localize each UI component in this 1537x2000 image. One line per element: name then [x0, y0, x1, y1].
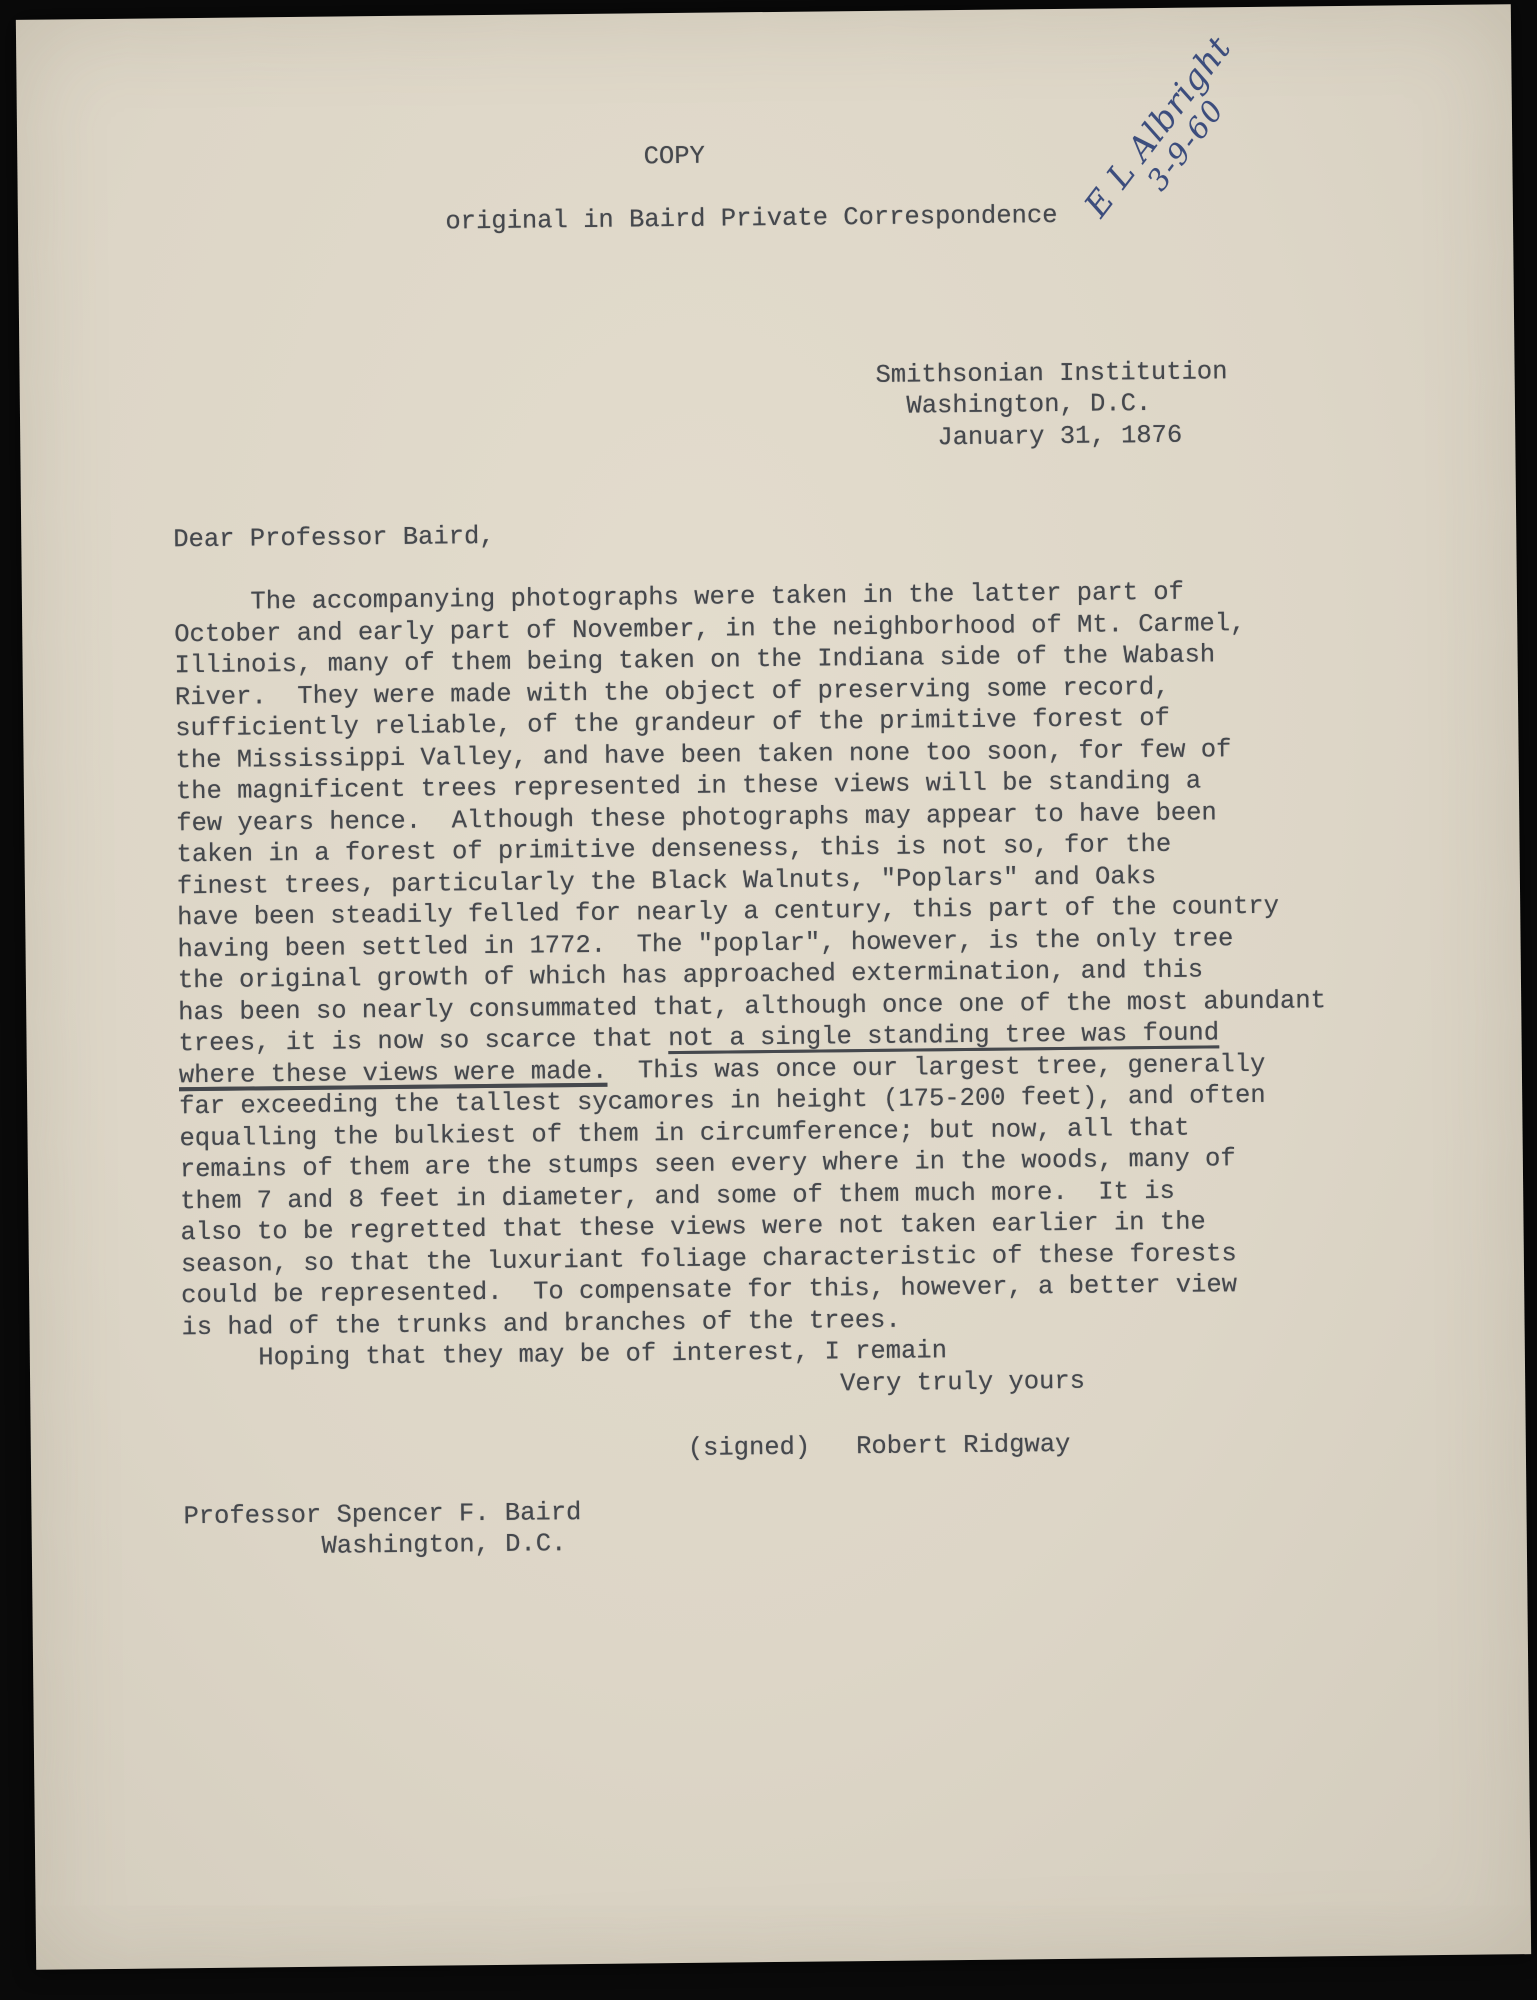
scanned-letter-page: COPY original in Baird Private Correspon… — [0, 0, 1537, 2000]
underlined-phrase: where these views were made. — [179, 1056, 608, 1089]
underlined-phrase: not a single standing tree was found — [668, 1018, 1219, 1053]
typed-content: COPY original in Baird Private Correspon… — [169, 134, 1331, 1563]
typed-text: trees, it is now so scarce that — [178, 1024, 668, 1058]
letter-paper: COPY original in Baird Private Correspon… — [16, 4, 1531, 1970]
typed-text: This was once our largest tree, generall… — [607, 1049, 1265, 1085]
